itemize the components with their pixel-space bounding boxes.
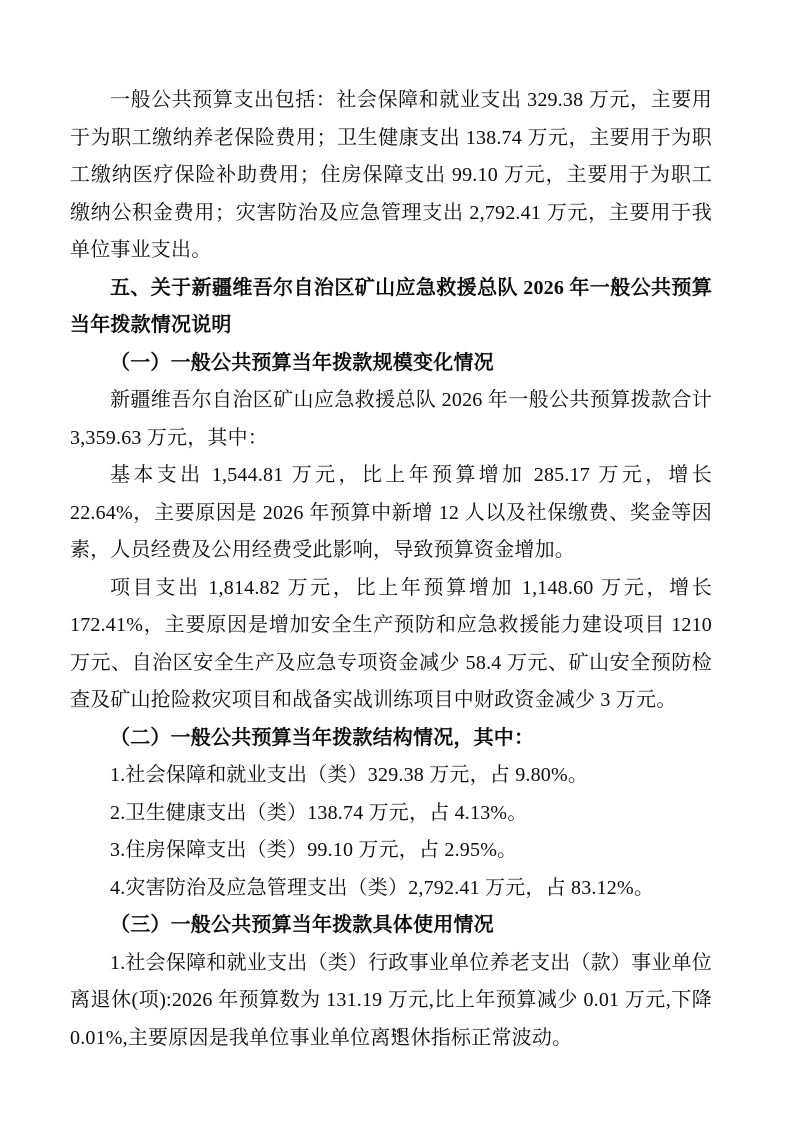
list-item-disaster-management: 4.灾害防治及应急管理支出（类）2,792.41 万元，占 83.12%。 <box>70 870 712 908</box>
list-item-housing: 3.住房保障支出（类）99.10 万元，占 2.95%。 <box>70 832 712 870</box>
paragraph-total-appropriation: 新疆维吾尔自治区矿山应急救援总队 2026 年一般公共预算拨款合计 3,359.… <box>70 382 712 457</box>
subsection-heading-3: （三）一般公共预算当年拨款具体使用情况 <box>70 907 712 945</box>
subsection-heading-2: （二）一般公共预算当年拨款结构情况，其中： <box>70 720 712 758</box>
subsection-heading-1: （一）一般公共预算当年拨款规模变化情况 <box>70 345 712 383</box>
paragraph-budget-expense-summary: 一般公共预算支出包括：社会保障和就业支出 329.38 万元，主要用于为职工缴纳… <box>70 82 712 270</box>
paragraph-basic-expenditure: 基本支出 1,544.81 万元，比上年预算增加 285.17 万元，增长 22… <box>70 457 712 570</box>
list-item-health: 2.卫生健康支出（类）138.74 万元，占 4.13%。 <box>70 795 712 833</box>
document-body: 一般公共预算支出包括：社会保障和就业支出 329.38 万元，主要用于为职工缴纳… <box>70 82 712 1057</box>
list-item-social-security: 1.社会保障和就业支出（类）329.38 万元，占 9.80%。 <box>70 757 712 795</box>
paragraph-project-expenditure: 项目支出 1,814.82 万元，比上年预算增加 1,148.60 万元，增长 … <box>70 570 712 720</box>
page-number: 19 <box>0 1024 793 1042</box>
section-heading-5: 五、关于新疆维吾尔自治区矿山应急救援总队 2026 年一般公共预算当年拨款情况说… <box>70 270 712 345</box>
document-page: 一般公共预算支出包括：社会保障和就业支出 329.38 万元，主要用于为职工缴纳… <box>0 0 793 1122</box>
